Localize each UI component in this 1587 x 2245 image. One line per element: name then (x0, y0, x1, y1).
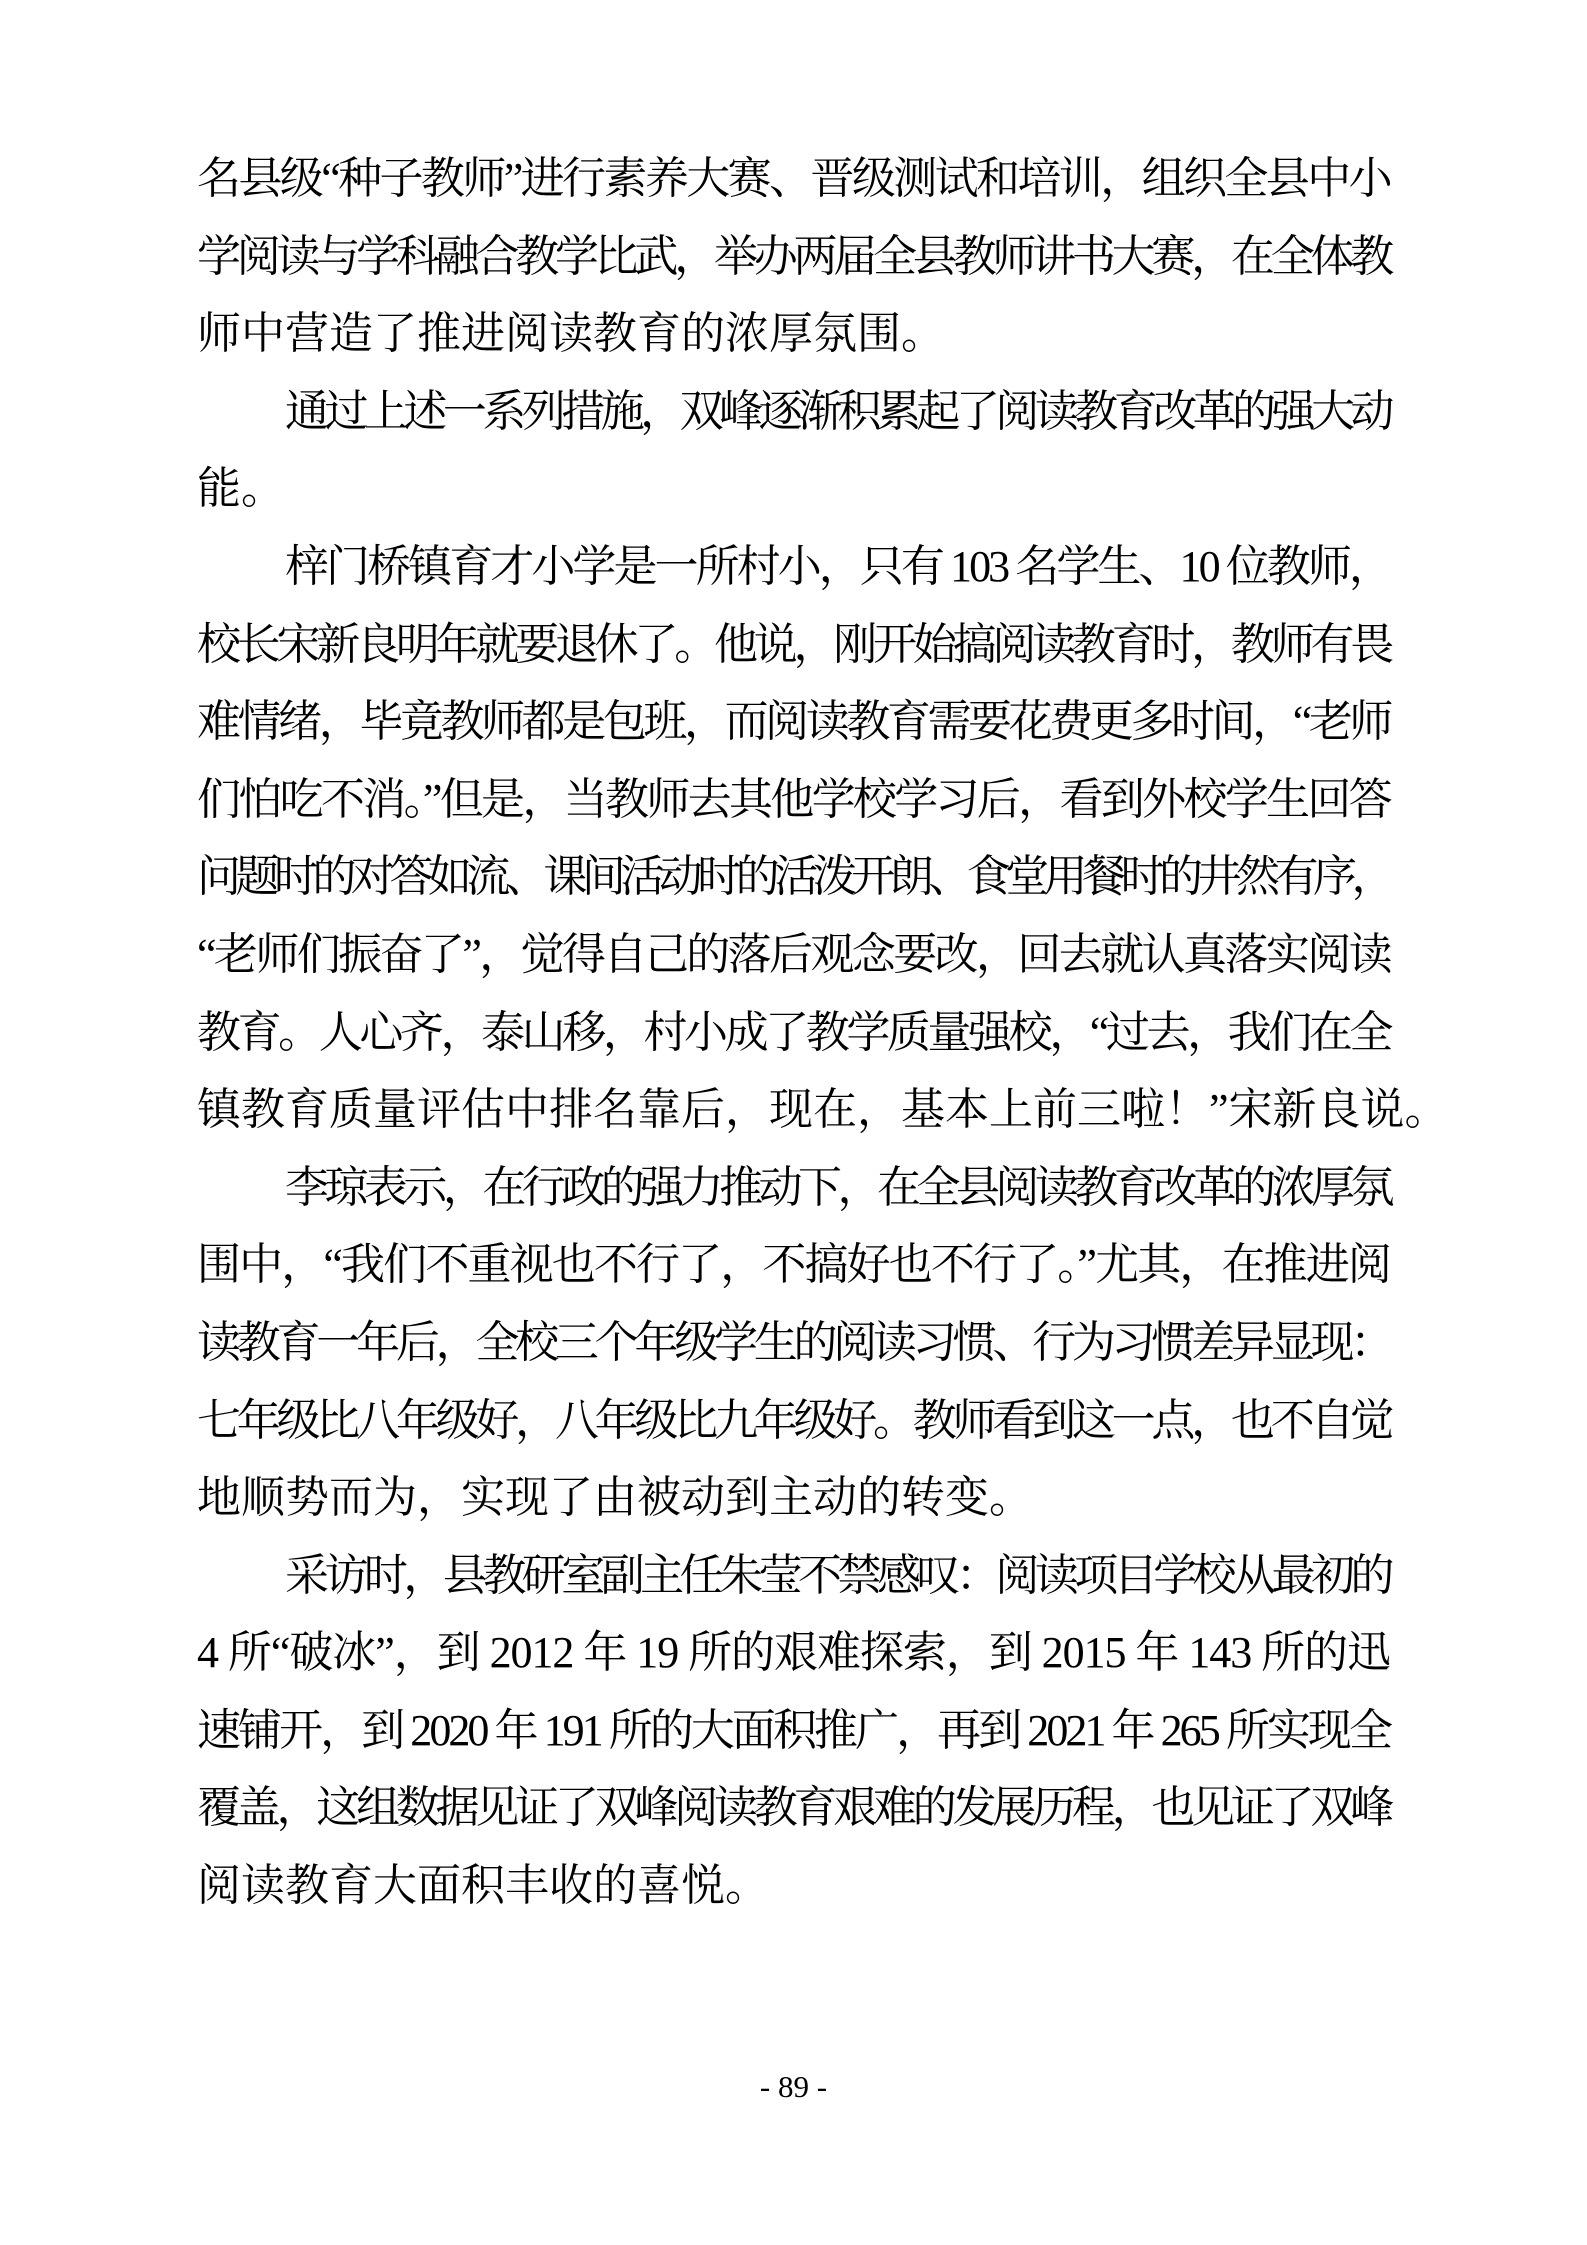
text-line: 通过上述一系列措施，双峰逐渐积累起了阅读教育改革的强大动 (197, 373, 1390, 451)
text-line: 问题时的对答如流、课间活动时的活泼开朗、食堂用餐时的井然有序， (197, 838, 1390, 916)
text-line: 们怕吃不消。”但是，当教师去其他学校学习后，看到外校学生回答 (197, 761, 1390, 839)
text-line: 梓门桥镇育才小学是一所村小，只有 103 名学生、10 位教师， (197, 528, 1390, 606)
text-line: 覆盖，这组数据见证了双峰阅读教育艰难的发展历程，也见证了双峰 (197, 1769, 1390, 1847)
text-line: 教育。人心齐，泰山移，村小成了教学质量强校，“过去，我们在全 (197, 994, 1390, 1072)
document-page: 名县级“种子教师”进行素养大赛、晋级测试和培训，组织全县中小学阅读与学科融合教学… (0, 0, 1587, 2245)
text-line: 学阅读与学科融合教学比武，举办两届全县教师讲书大赛，在全体教 (197, 218, 1390, 296)
text-line: 4 所“破冰”，到 2012 年 19 所的艰难探索，到 2015 年 143 … (197, 1614, 1390, 1692)
page-footer: - 89 - (0, 2066, 1587, 2108)
page-number: - 89 - (760, 2069, 827, 2104)
text-line: 围中，“我们不重视也不行了，不搞好也不行了。”尤其，在推进阅 (197, 1226, 1390, 1304)
text-line: 地顺势而为，实现了由被动到主动的转变。 (197, 1459, 1390, 1537)
document-body: 名县级“种子教师”进行素养大赛、晋级测试和培训，组织全县中小学阅读与学科融合教学… (197, 140, 1390, 1925)
text-line: 七年级比八年级好，八年级比九年级好。教师看到这一点，也不自觉 (197, 1382, 1390, 1460)
text-line: 李琼表示，在行政的强力推动下，在全县阅读教育改革的浓厚氛 (197, 1149, 1390, 1227)
text-line: 师中营造了推进阅读教育的浓厚氛围。 (197, 295, 1390, 373)
text-line: 读教育一年后，全校三个年级学生的阅读习惯、行为习惯差异显现： (197, 1304, 1390, 1382)
text-line: 阅读教育大面积丰收的喜悦。 (197, 1847, 1390, 1925)
text-line: 能。 (197, 450, 1390, 528)
text-line: 难情绪，毕竟教师都是包班，而阅读教育需要花费更多时间，“老师 (197, 683, 1390, 761)
text-line: 名县级“种子教师”进行素养大赛、晋级测试和培训，组织全县中小 (197, 140, 1390, 218)
text-line: “老师们振奋了”，觉得自己的落后观念要改，回去就认真落实阅读 (197, 916, 1390, 994)
text-line: 采访时，县教研室副主任朱莹不禁感叹：阅读项目学校从最初的 (197, 1537, 1390, 1615)
text-line: 速铺开，到 2020 年 191 所的大面积推广，再到 2021 年 265 所… (197, 1692, 1390, 1770)
text-line: 校长宋新良明年就要退休了。他说，刚开始搞阅读教育时，教师有畏 (197, 606, 1390, 684)
text-line: 镇教育质量评估中排名靠后，现在，基本上前三啦！”宋新良说。 (197, 1071, 1390, 1149)
